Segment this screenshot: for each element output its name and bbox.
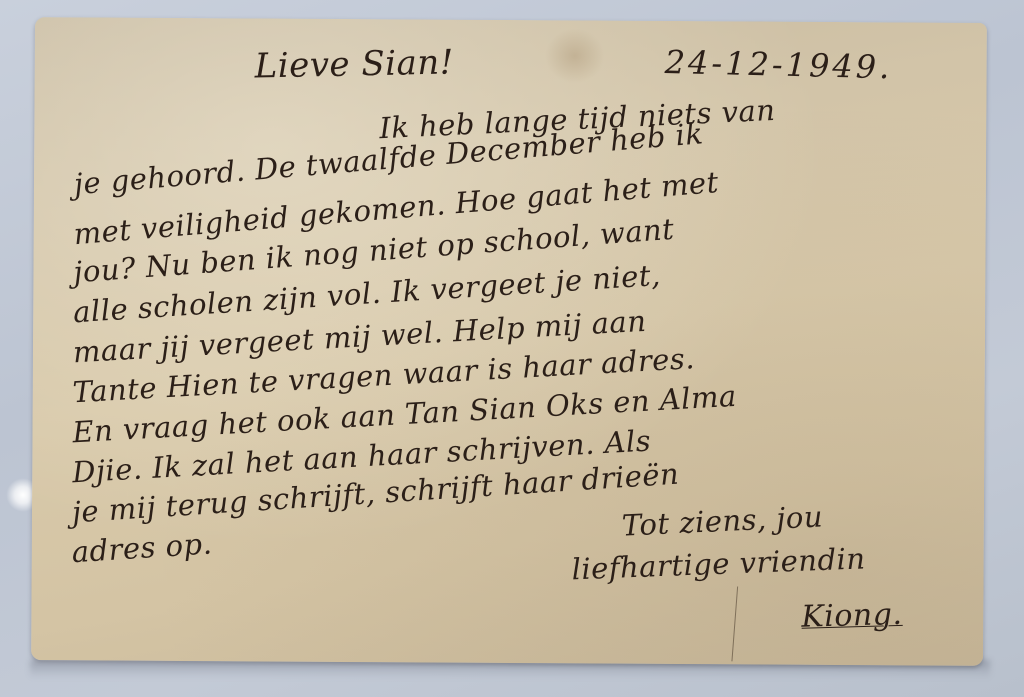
paper-stain: [545, 28, 605, 83]
closing: Tot ziens, jou: [621, 499, 824, 542]
body-line: adres op.: [71, 526, 214, 569]
closing-line-2: liefhartige vriendin: [571, 541, 866, 586]
postcard: Lieve Sian! 24-12-1949. Ik heb lange tij…: [31, 17, 987, 666]
letter-date: 24-12-1949.: [664, 43, 893, 86]
paper-crease: [731, 586, 738, 661]
signature: Kiong.: [801, 597, 903, 635]
greeting: Lieve Sian!: [254, 42, 454, 86]
